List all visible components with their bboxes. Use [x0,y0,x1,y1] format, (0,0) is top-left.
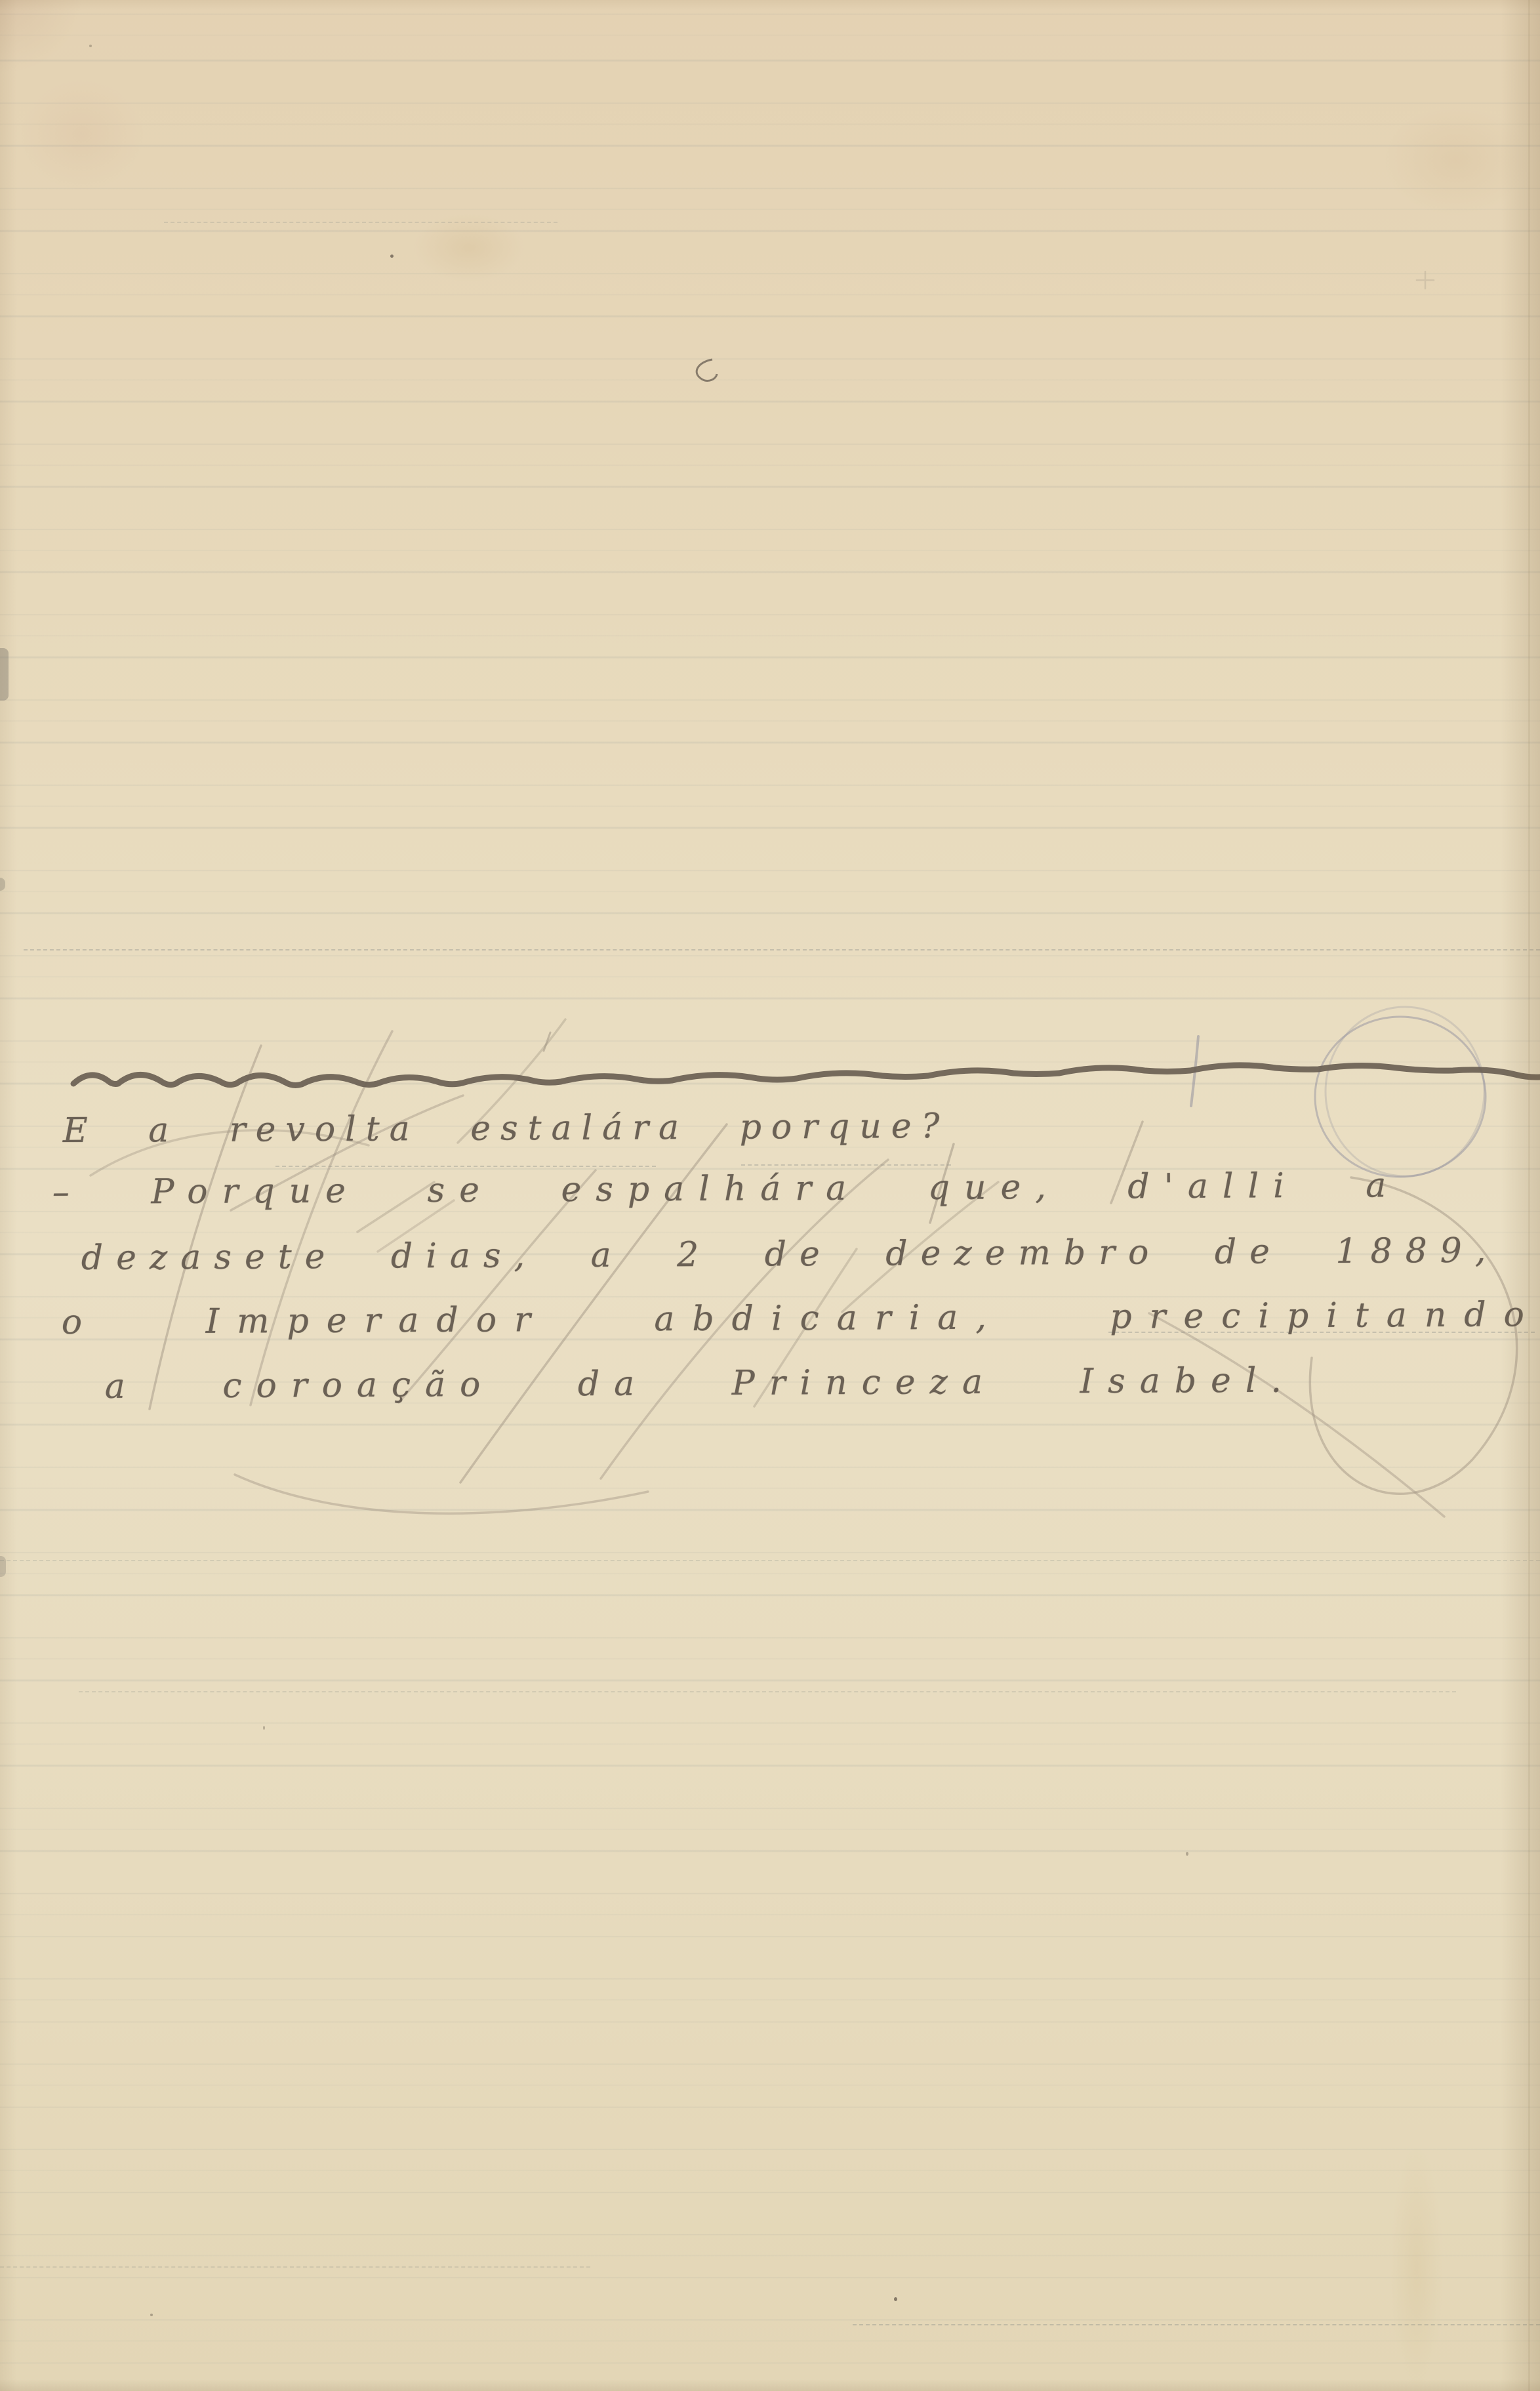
crease-line [1528,0,1530,2391]
ink-speck [263,1726,265,1730]
left-edge-mark [0,1556,6,1577]
handwritten-line: a coroação da Princeza Isabel. [105,1360,1296,1406]
handwritten-line: – Porque se espalhára que, d'alli a [52,1166,1401,1212]
rule-segment [24,949,1540,950]
ink-speck [1186,1852,1188,1856]
manuscript-page: E a revolta estalára porque? – Porque se… [0,0,1540,2391]
left-edge-mark [0,648,9,701]
ink-speck [894,2297,897,2301]
handwritten-line: E a revolta estalára porque? [63,1107,950,1151]
rule-segment [741,1164,951,1166]
ink-speck [150,2314,153,2316]
handwritten-line: o Imperador abdicaria, precipitando [62,1295,1540,1342]
rule-segment [853,2324,1540,2325]
rule-segment [0,1560,1540,1561]
rule-segment [275,1166,656,1167]
ink-speck [390,255,394,258]
rule-segment [79,1691,1456,1692]
ink-speck [89,45,92,47]
handwritten-line: dezasete dias, a 2 de dezembro de 1889, [81,1231,1499,1278]
rule-segment [0,2266,590,2268]
rule-segment [164,222,557,223]
